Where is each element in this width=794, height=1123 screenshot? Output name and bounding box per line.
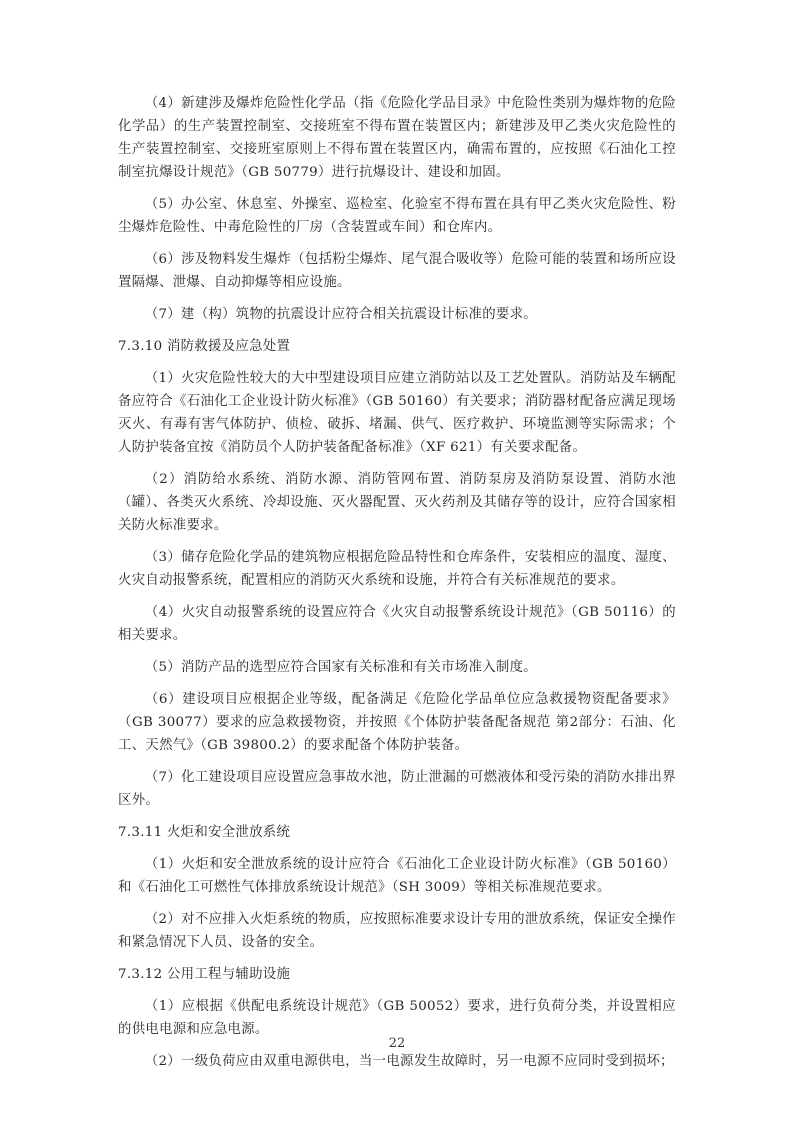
paragraph-7-3-11-item-1: （1）火炬和安全泄放系统的设计应符合《石油化工企业设计防火标准》（GB 5016… xyxy=(118,853,676,899)
page-number: 22 xyxy=(0,1036,794,1051)
paragraph-7-3-9-item-7: （7）建（构）筑物的抗震设计应符合相关抗震设计标准的要求。 xyxy=(118,303,676,326)
paragraph-7-3-9-item-5: （5）办公室、休息室、外操室、巡检室、化验室不得布置在具有甲乙类火灾危险性、粉尘… xyxy=(118,193,676,239)
section-heading-7-3-11: 7.3.11 火炬和安全泄放系统 xyxy=(118,821,676,844)
paragraph-7-3-12-item-1: （1）应根据《供配电系统设计规范》（GB 50052）要求，进行负荷分类，并设置… xyxy=(118,995,676,1041)
paragraph-7-3-12-item-2: （2）一级负荷应由双重电源供电，当一电源发生故障时，另一电源不应同时受到损坏； xyxy=(118,1050,676,1073)
document-page-body: （4）新建涉及爆炸危险性化学品（指《危险化学品目录》中危险性类别为爆炸物的危险化… xyxy=(118,92,676,1082)
paragraph-7-3-10-item-2: （2）消防给水系统、消防水源、消防管网布置、消防泵房及消防泵设置、消防水池（罐）… xyxy=(118,468,676,537)
paragraph-7-3-10-item-5: （5）消防产品的选型应符合国家有关标准和有关市场准入制度。 xyxy=(118,656,676,679)
paragraph-7-3-9-item-6: （6）涉及物料发生爆炸（包括粉尘爆炸、尾气混合吸收等）危险可能的装置和场所应设置… xyxy=(118,248,676,294)
paragraph-7-3-10-item-7: （7）化工建设项目应设置应急事故水池，防止泄漏的可燃液体和受污染的消防水排出界区… xyxy=(118,766,676,812)
paragraph-7-3-11-item-2: （2）对不应排入火炬系统的物质，应按照标准要求设计专用的泄放系统，保证安全操作和… xyxy=(118,908,676,954)
paragraph-7-3-10-item-6: （6）建设项目应根据企业等级，配备满足《危险化学品单位应急救援物资配备要求》（G… xyxy=(118,688,676,757)
paragraph-7-3-10-item-1: （1）火灾危险性较大的大中型建设项目应建立消防站以及工艺处置队。消防站及车辆配备… xyxy=(118,367,676,459)
paragraph-7-3-9-item-4: （4）新建涉及爆炸危险性化学品（指《危险化学品目录》中危险性类别为爆炸物的危险化… xyxy=(118,92,676,184)
section-heading-7-3-10: 7.3.10 消防救援及应急处置 xyxy=(118,335,676,358)
paragraph-7-3-10-item-4: （4）火灾自动报警系统的设置应符合《火灾自动报警系统设计规范》（GB 50116… xyxy=(118,601,676,647)
section-heading-7-3-12: 7.3.12 公用工程与辅助设施 xyxy=(118,963,676,986)
paragraph-7-3-10-item-3: （3）储存危险化学品的建筑物应根据危险品特性和仓库条件，安装相应的温度、湿度、火… xyxy=(118,546,676,592)
